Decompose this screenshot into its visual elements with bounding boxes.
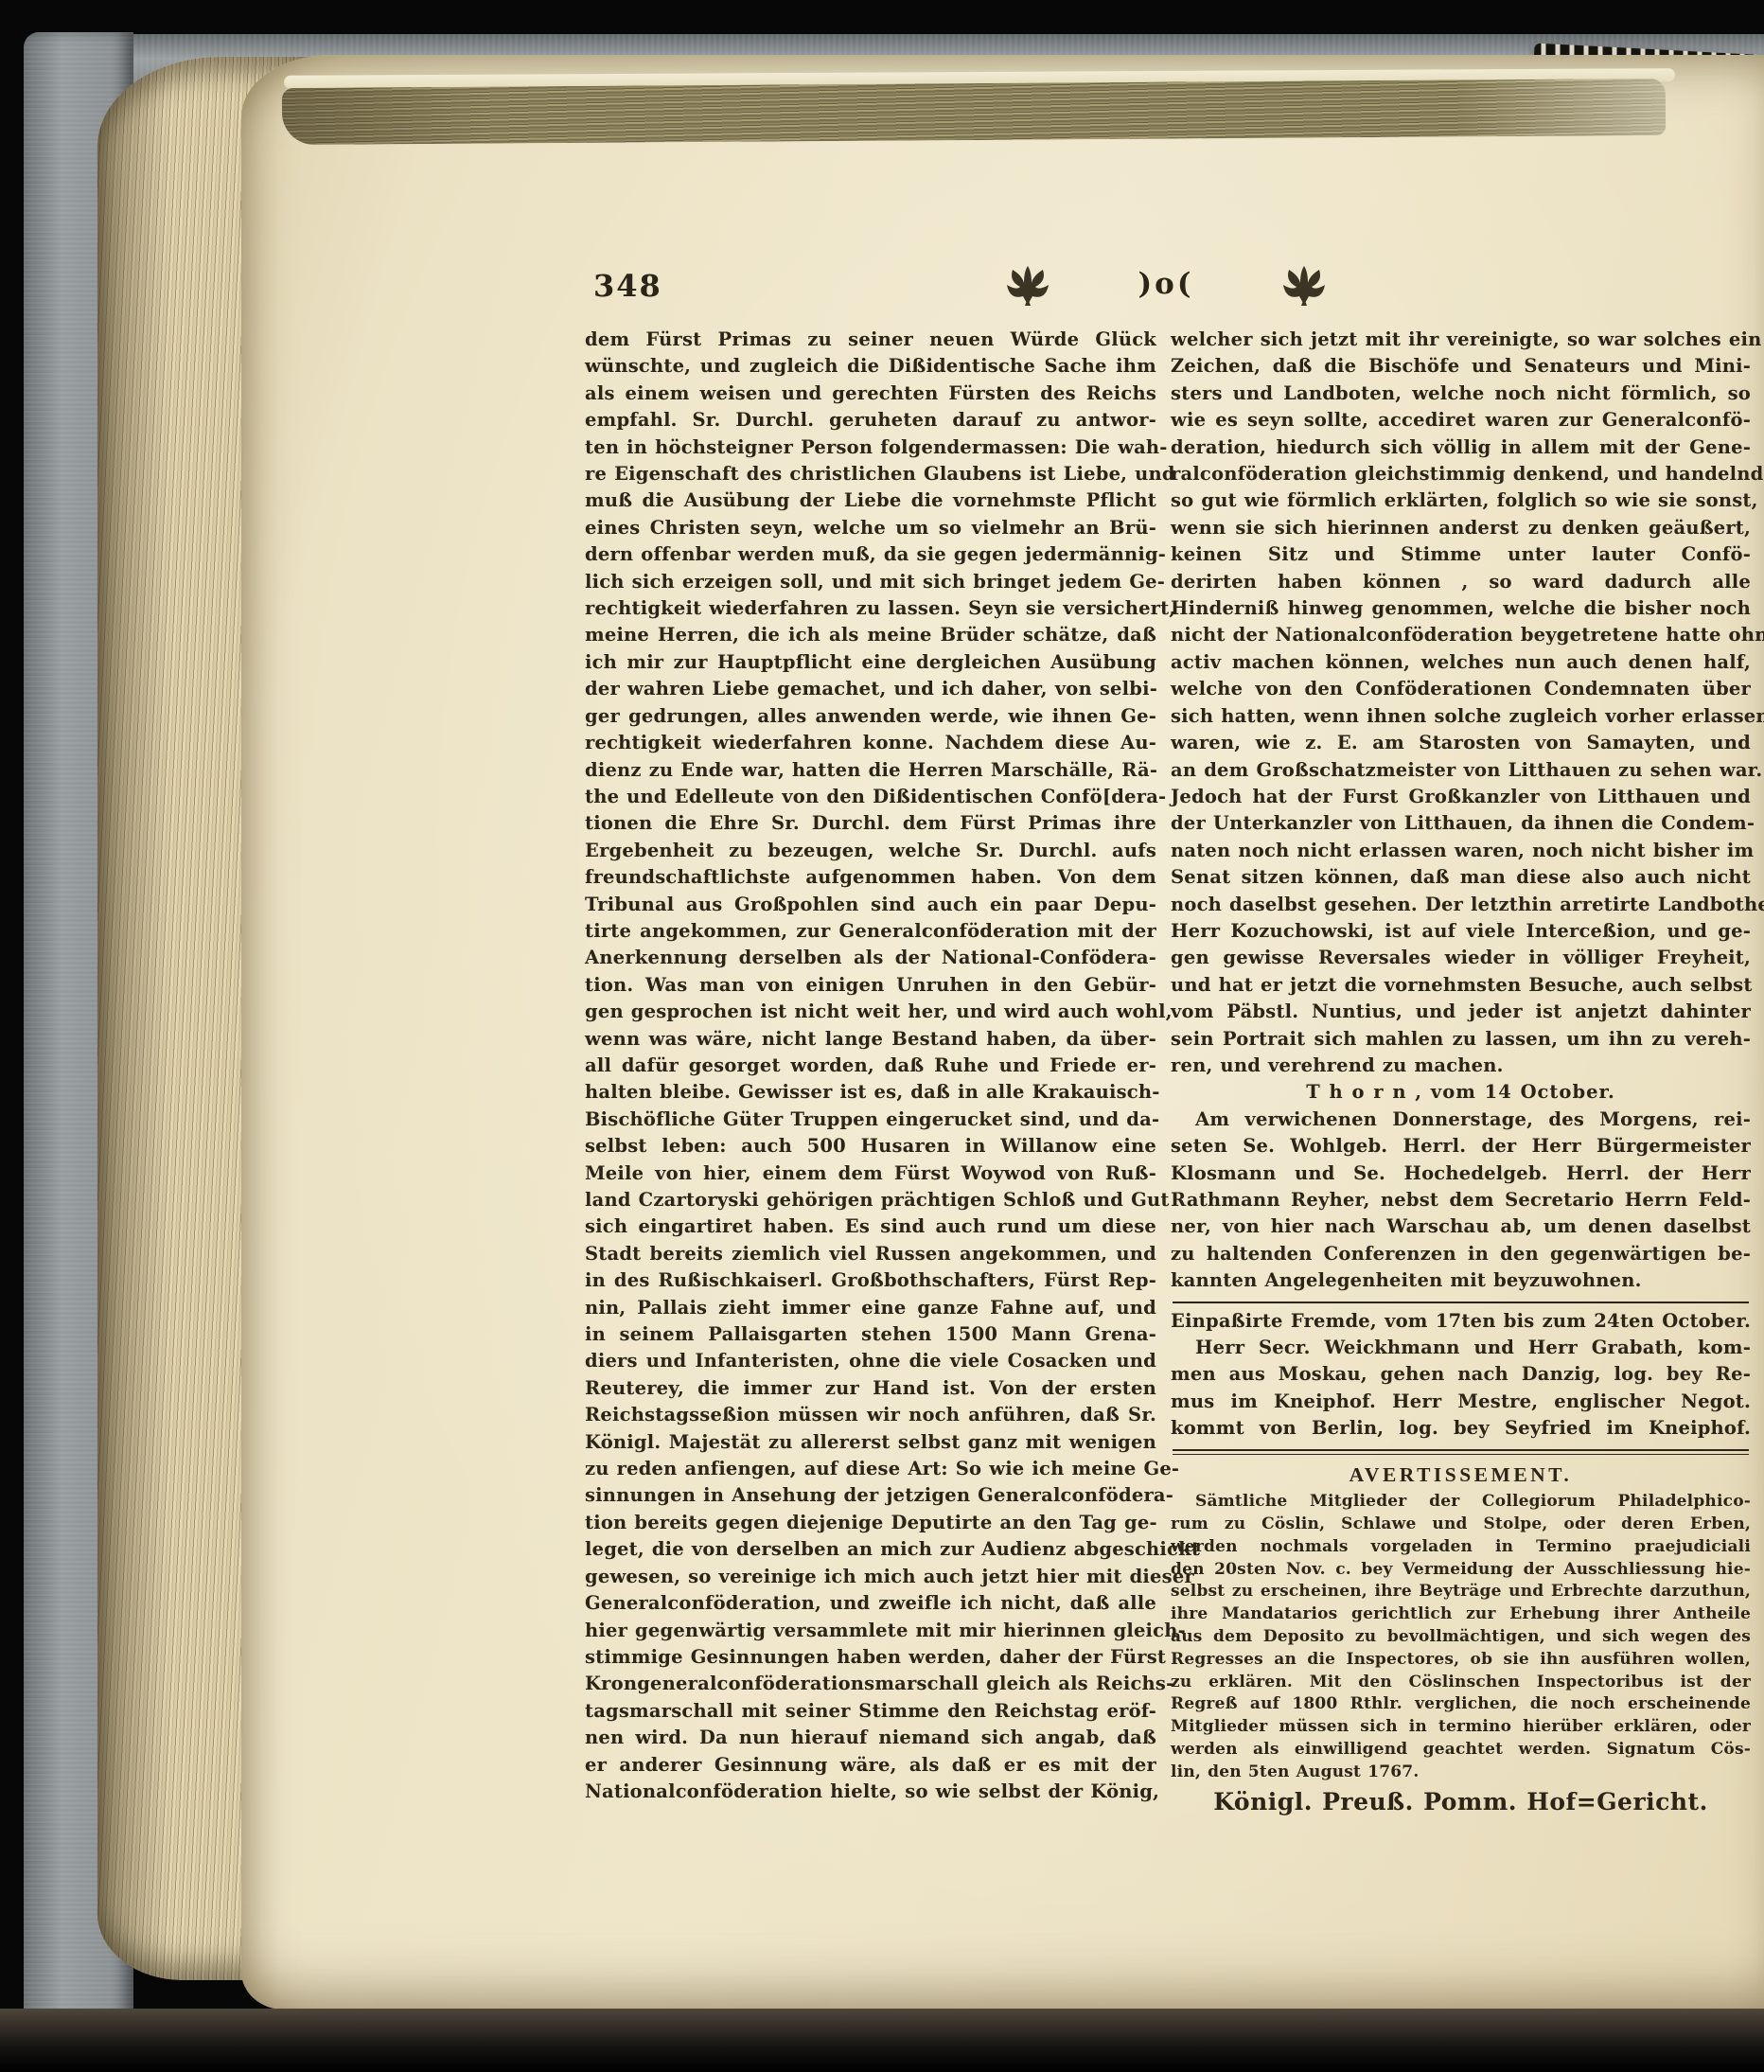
text-line: Hinderniß hinweg genommen, welche die bi… — [1171, 595, 1751, 622]
text-line: kommt von Berlin, log. bey Seyfried im K… — [1171, 1415, 1751, 1442]
section-rule — [1173, 1449, 1749, 1456]
header-separator: )o( — [1138, 267, 1193, 301]
text-line: Am verwichenen Donnerstage, des Morgens,… — [1171, 1107, 1751, 1133]
paragraph: Sämtliche Mitglieder der Collegiorum Phi… — [1171, 1491, 1751, 1783]
section-rule — [1173, 1302, 1749, 1303]
text-column-right: welcher sich jetzt mit ihr vereinigte, s… — [1171, 327, 1751, 1820]
text-line: selbst leben: auch 500 Husaren in Willan… — [585, 1133, 1156, 1160]
text-line: vom Päbstl. Nuntius, und jeder ist anjet… — [1171, 999, 1751, 1025]
text-line: kannten Angelegenheiten mit beyzuwohnen. — [1171, 1267, 1751, 1294]
text-line: sinnungen in Ansehung der jetzigen Gener… — [585, 1482, 1156, 1509]
text-line: halten bleibe. Gewisser ist es, daß in a… — [585, 1079, 1156, 1106]
text-line: ger gedrungen, alles anwenden werde, wie… — [585, 703, 1156, 730]
text-line: ten in höchsteigner Person folgendermass… — [585, 434, 1156, 461]
header-ornaments: )o( — [1005, 261, 1327, 310]
section-heading: AVERTISSEMENT. — [1171, 1460, 1751, 1491]
text-line: an dem Großschatzmeister von Litthauen z… — [1171, 757, 1751, 784]
text-line: rechtigkeit wiederfahren konne. Nachdem … — [585, 730, 1156, 756]
text-line: naten noch nicht erlassen waren, noch ni… — [1171, 838, 1751, 864]
text-line: Regresses an die Inspectores, ob sie ihn… — [1171, 1649, 1751, 1672]
text-line: werden nochmals vorgeladen in Termino pr… — [1171, 1536, 1751, 1559]
text-line: the und Edelleute von den Dißidentischen… — [585, 784, 1156, 810]
text-line: Jedoch hat der Furst Großkanzler von Lit… — [1171, 784, 1751, 810]
fleuron-icon — [1005, 265, 1050, 307]
text-line: der wahren Liebe gemachet, und ich daher… — [585, 676, 1156, 702]
text-line: ralconföderation gleichstimmig denkend, … — [1171, 461, 1751, 487]
section-heading: T h o r n , vom 14 October. — [1171, 1079, 1751, 1106]
text-line: Stadt bereits ziemlich viel Russen angek… — [585, 1241, 1156, 1267]
text-line: Krongeneralconföderationsmarschall gleic… — [585, 1671, 1156, 1697]
text-line: Mitglieder müssen sich in termino hierüb… — [1171, 1716, 1751, 1739]
text-line: gen gesprochen ist nicht weit her, und w… — [585, 999, 1156, 1025]
text-line: Rathmann Reyher, nebst dem Secretario He… — [1171, 1187, 1751, 1213]
paragraph: Einpaßirte Fremde, vom 17ten bis zum 24t… — [1171, 1308, 1751, 1335]
text-line: in des Rußischkaiserl. Großbothschafters… — [585, 1267, 1156, 1294]
text-line: welcher sich jetzt mit ihr vereinigte, s… — [1171, 327, 1751, 353]
text-line: als einem weisen und gerechten Fürsten d… — [585, 381, 1156, 407]
text-line: nicht der Nationalconföderation beygetre… — [1171, 622, 1751, 648]
text-line: zu reden anfiengen, auf diese Art: So wi… — [585, 1456, 1156, 1482]
text-line: diers und Infanteristen, ohne die viele … — [585, 1348, 1156, 1374]
text-line: tion. Was man von einigen Unruhen in den… — [585, 972, 1156, 999]
text-line: tionen die Ehre Sr. Durchl. dem Fürst Pr… — [585, 810, 1156, 837]
text-line: leget, die von derselben an mich zur Aud… — [585, 1536, 1156, 1563]
text-line: wenn was wäre, nicht lange Bestand haben… — [585, 1026, 1156, 1053]
text-line: der Unterkanzler von Litthauen, da ihnen… — [1171, 810, 1751, 837]
text-line: lin, den 5ten August 1767. — [1171, 1762, 1751, 1784]
text-line: Reuterey, die immer zur Hand ist. Von de… — [585, 1375, 1156, 1402]
text-line: ren, und verehrend zu machen. — [1171, 1053, 1751, 1079]
text-line: Bischöfliche Güter Truppen eingerucket s… — [585, 1107, 1156, 1133]
text-line: welche von den Conföderationen Condemnat… — [1171, 676, 1751, 702]
text-line: gen gewisse Reversales wieder in völlige… — [1171, 945, 1751, 971]
text-line: wünschte, und zugleich die Dißidentische… — [585, 353, 1156, 380]
text-line: selbst zu erscheinen, ihre Beyträge und … — [1171, 1581, 1751, 1603]
paragraph: Am verwichenen Donnerstage, des Morgens,… — [1171, 1107, 1751, 1295]
text-line: seten Se. Wohlgeb. Herrl. der Herr Bürge… — [1171, 1133, 1751, 1160]
text-line: sich eingartiret haben. Es sind auch run… — [585, 1213, 1156, 1240]
paragraph: welcher sich jetzt mit ihr vereinigte, s… — [1171, 327, 1751, 1079]
text-line: deration, hiedurch sich völlig in allem … — [1171, 434, 1751, 461]
text-line: Generalconföderation, und zweifle ich ni… — [585, 1590, 1156, 1617]
text-line: land Czartoryski gehörigen prächtigen Sc… — [585, 1187, 1156, 1213]
text-line: Tribunal aus Großpohlen sind auch ein pa… — [585, 892, 1156, 918]
text-line: stimmige Gesinnungen haben werden, daher… — [585, 1644, 1156, 1671]
text-line: rechtigkeit wiederfahren zu lassen. Seyn… — [585, 595, 1156, 622]
text-line: Königl. Majestät zu allererst selbst gan… — [585, 1429, 1156, 1456]
text-line: und hat er jetzt die vornehmsten Besuche… — [1171, 972, 1751, 999]
text-line: Regreß auf 1800 Rthlr. verglichen, die n… — [1171, 1693, 1751, 1716]
text-line: Klosmann und Se. Hochedelgeb. Herrl. der… — [1171, 1160, 1751, 1187]
text-line: Sämtliche Mitglieder der Collegiorum Phi… — [1171, 1491, 1751, 1514]
text-line: sters und Landboten, welche noch nicht f… — [1171, 381, 1751, 407]
text-line: tion bereits gegen diejenige Deputirte a… — [585, 1510, 1156, 1536]
text-line: re Eigenschaft des christlichen Glaubens… — [585, 461, 1156, 487]
text-line: hier gegenwärtig versammlete mit mir hie… — [585, 1618, 1156, 1644]
text-line: Herr Kozuchowski, ist auf viele Interceß… — [1171, 918, 1751, 945]
text-line: Meile von hier, einem dem Fürst Woywod v… — [585, 1160, 1156, 1187]
text-line: Nationalconföderation hielte, so wie sel… — [585, 1779, 1156, 1805]
text-line: waren, wie z. E. am Starosten von Samayt… — [1171, 730, 1751, 756]
text-line: wenn sie sich hierinnen anderst zu denke… — [1171, 515, 1751, 541]
text-line: keinen Sitz und Stimme unter lauter Conf… — [1171, 541, 1751, 568]
text-line: nin, Pallais zieht immer eine ganze Fahn… — [585, 1295, 1156, 1321]
text-column-left: dem Fürst Primas zu seiner neuen Würde G… — [585, 327, 1156, 1805]
text-line: dern offenbar werden muß, da sie gegen j… — [585, 541, 1156, 568]
page-stack-top-edge — [282, 79, 1666, 145]
text-line: er anderer Gesinnung wäre, als daß er es… — [585, 1752, 1156, 1779]
text-line: dem Fürst Primas zu seiner neuen Würde G… — [585, 327, 1156, 353]
text-line: zu erklären. Mit den Cöslinschen Inspect… — [1171, 1672, 1751, 1694]
text-line: noch daselbst gesehen. Der letzthin arre… — [1171, 892, 1751, 918]
text-line: Anerkennung derselben als der National-C… — [585, 945, 1156, 971]
text-line: Senat sitzen können, daß man diese also … — [1171, 864, 1751, 891]
paragraph: Herr Secr. Weickhmann und Herr Grabath, … — [1171, 1335, 1751, 1443]
text-line: dienz zu Ende war, hatten die Herren Mar… — [585, 757, 1156, 784]
fleuron-icon — [1281, 265, 1327, 307]
text-line: men aus Moskau, gehen nach Danzig, log. … — [1171, 1361, 1751, 1388]
text-line: sich hatten, wenn ihnen solche zugleich … — [1171, 703, 1751, 730]
text-line: freundschaftlichste aufgenommen haben. V… — [585, 864, 1156, 891]
text-line: lich sich erzeigen soll, und mit sich br… — [585, 569, 1156, 595]
text-line: in seinem Pallaisgarten stehen 1500 Mann… — [585, 1321, 1156, 1348]
paragraph: dem Fürst Primas zu seiner neuen Würde G… — [585, 327, 1156, 1805]
book-photo-scene: 348 )o( dem Fürst Primas zu seiner neuen… — [0, 0, 1764, 2072]
text-line: sein Portrait sich mahlen zu lassen, um … — [1171, 1026, 1751, 1053]
text-line: Ergebenheit zu bezeugen, welche Sr. Durc… — [585, 838, 1156, 864]
text-line: werden als einwilligend geachtet werden.… — [1171, 1739, 1751, 1762]
text-line: all dafür gesorget worden, daß Ruhe und … — [585, 1053, 1156, 1079]
page-number: 348 — [593, 268, 662, 304]
text-line: Reichstagsseßion müssen wir noch anführe… — [585, 1402, 1156, 1428]
text-line: ich mir zur Hauptpflicht eine dergleiche… — [585, 649, 1156, 676]
text-line: tirte angekommen, zur Generalconföderati… — [585, 918, 1156, 945]
text-line: meine Herren, die ich als meine Brüder s… — [585, 622, 1156, 648]
text-line: nen wird. Da nun hierauf niemand sich an… — [585, 1725, 1156, 1751]
text-line: gewesen, so vereinige ich mich auch jetz… — [585, 1564, 1156, 1590]
text-line: tagsmarschall mit seiner Stimme den Reic… — [585, 1698, 1156, 1725]
text-line: den 20sten Nov. c. bey Vermeidung der Au… — [1171, 1559, 1751, 1582]
text-line: rum zu Cöslin, Schlawe und Stolpe, oder … — [1171, 1514, 1751, 1536]
text-line: aus dem Deposito zu bevollmächtigen, und… — [1171, 1626, 1751, 1649]
section-heading: Königl. Preuß. Pomm. Hof=Gericht. — [1171, 1784, 1751, 1820]
text-line: ihre Mandatarios gerichtlich zur Erhebun… — [1171, 1603, 1751, 1626]
text-line: eines Christen seyn, welche um so vielme… — [585, 515, 1156, 541]
text-line: wie es seyn sollte, accediret waren zur … — [1171, 407, 1751, 434]
text-line: muß die Ausübung der Liebe die vornehmst… — [585, 487, 1156, 514]
text-line: activ machen können, welches nun auch de… — [1171, 649, 1751, 676]
text-line: ner, von hier nach Warschau ab, um denen… — [1171, 1213, 1751, 1240]
text-line: zu haltenden Conferenzen in den gegenwär… — [1171, 1241, 1751, 1267]
text-line: so gut wie förmlich erklärten, folglich … — [1171, 487, 1751, 514]
text-line: empfahl. Sr. Durchl. geruheten darauf zu… — [585, 407, 1156, 434]
text-line: Herr Secr. Weickhmann und Herr Grabath, … — [1171, 1335, 1751, 1361]
text-line: mus im Kneiphof. Herr Mestre, englischer… — [1171, 1389, 1751, 1415]
text-line: derirten haben können , so ward dadurch … — [1171, 569, 1751, 595]
text-line: Zeichen, daß die Bischöfe und Senateurs … — [1171, 353, 1751, 380]
text-line: Einpaßirte Fremde, vom 17ten bis zum 24t… — [1171, 1308, 1751, 1335]
table-surface-bottom — [0, 2009, 1764, 2072]
